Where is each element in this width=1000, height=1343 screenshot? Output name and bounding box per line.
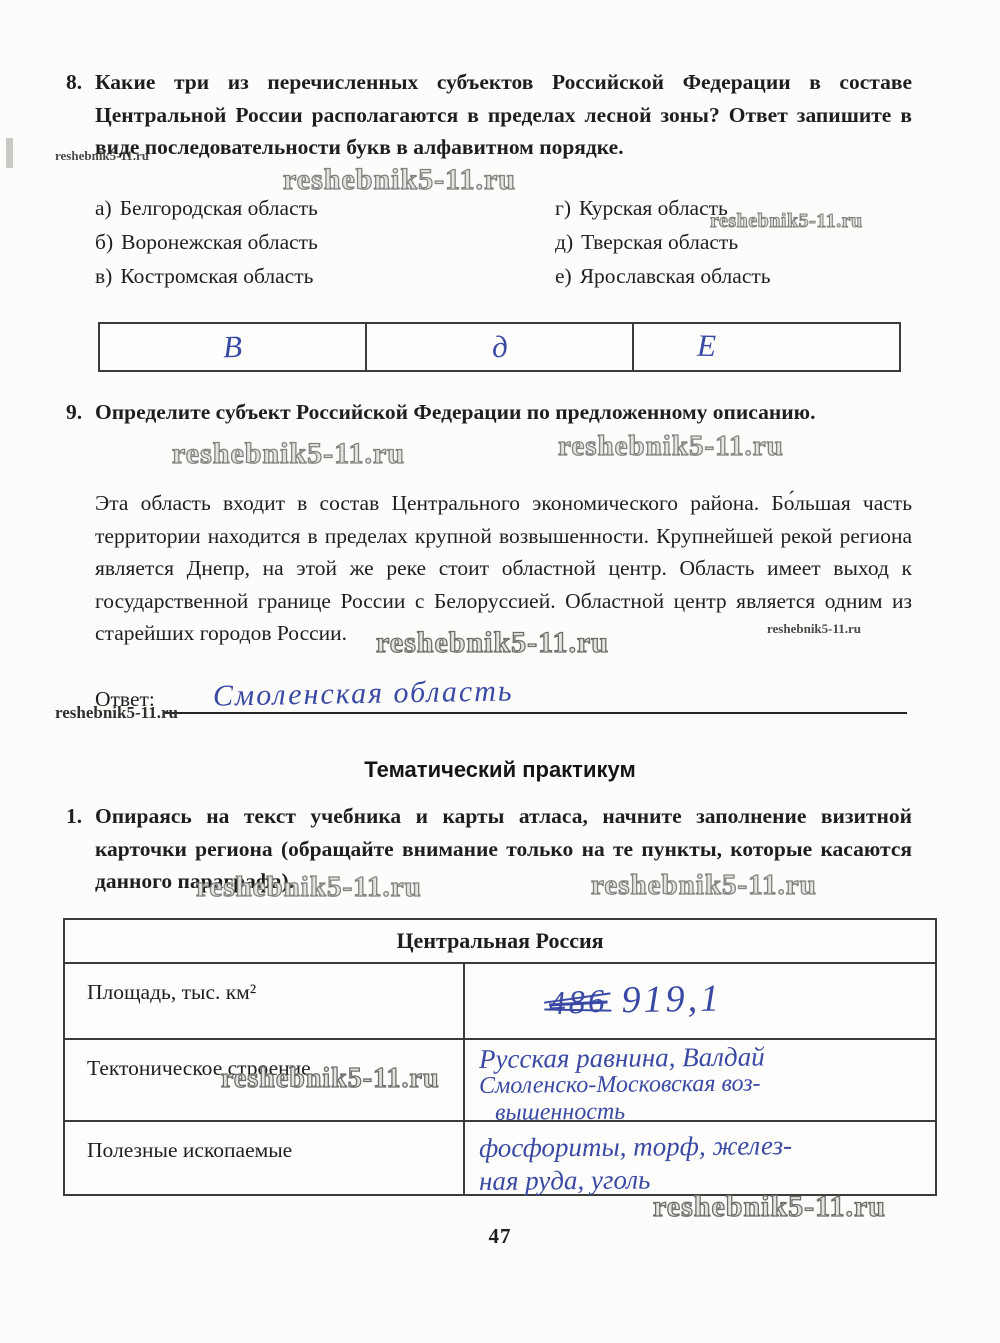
question-9-text: Определите субъект Российской Федерации …: [95, 396, 912, 429]
handwritten-area-value: 486919,1: [549, 976, 723, 1023]
answer-letters-table: В д Е: [98, 322, 901, 372]
option-d-text: Тверская область: [581, 230, 738, 254]
region-card-table: Центральная Россия Площадь, тыс. км² 486…: [63, 918, 937, 1196]
table-row-area: Площадь, тыс. км² 486919,1: [65, 964, 935, 1040]
watermark: reshebnik5-11.ru: [172, 437, 405, 471]
option-e: е)Ярославская область: [555, 265, 913, 288]
question-1-number: 1.: [66, 800, 95, 898]
option-d-label: д): [555, 230, 573, 254]
table-row-minerals: Полезные ископаемые фосфориты, торф, жел…: [65, 1122, 935, 1196]
watermark: reshebnik5-11.ru: [283, 163, 516, 197]
answer-cell-1: В: [100, 324, 367, 370]
page-number: 47: [0, 1224, 1000, 1249]
answer-cell-2: д: [367, 324, 634, 370]
answer-cell-3: Е: [634, 324, 899, 370]
option-g-label: г): [555, 196, 571, 220]
option-a: а)Белгородская область: [95, 197, 555, 220]
scan-artifact: [6, 138, 13, 168]
watermark: reshebnik5-11.ru: [653, 1190, 886, 1224]
tectonics-line-1: Русская равнина, Валдай: [479, 1042, 929, 1073]
area-value: 919,1: [621, 977, 722, 1021]
card-table-title: Центральная Россия: [65, 920, 935, 964]
handwritten-minerals: фосфориты, торф, желез- ная руда, уголь: [479, 1126, 929, 1196]
option-v-label: в): [95, 264, 112, 288]
handwritten-letter-1: В: [222, 329, 242, 366]
area-label: Площадь, тыс. км²: [65, 964, 465, 1038]
option-b-text: Воронежская область: [121, 230, 318, 254]
question-9: 9. Определите субъект Российской Федерац…: [66, 396, 912, 429]
question-9-number: 9.: [66, 396, 95, 429]
minerals-label: Полезные ископаемые: [65, 1122, 465, 1196]
option-v: в)Костромская область: [95, 265, 555, 288]
option-d: д)Тверская область: [555, 231, 913, 254]
workbook-page: 8. Какие три из перечисленных субъектов …: [0, 0, 1000, 1343]
handwritten-answer: Смоленская область: [213, 674, 514, 713]
option-g-text: Курская область: [579, 196, 728, 220]
section-title: Тематический практикум: [0, 757, 1000, 783]
tectonics-value-cell: Русская равнина, Валдай Смоленско-Москов…: [465, 1040, 935, 1120]
option-a-text: Белгородская область: [120, 196, 318, 220]
watermark: reshebnik5-11.ru: [55, 148, 149, 164]
area-value-cell: 486919,1: [465, 964, 935, 1038]
watermark: reshebnik5-11.ru: [710, 210, 863, 233]
table-row-tectonics: Тектоническое строение Русская равнина, …: [65, 1040, 935, 1122]
watermark: reshebnik5-11.ru: [221, 1063, 440, 1095]
watermark: reshebnik5-11.ru: [196, 871, 422, 904]
answer-row: Ответ: Смоленская область: [95, 664, 907, 714]
option-e-text: Ярославская область: [580, 264, 771, 288]
option-b-label: б): [95, 230, 113, 254]
handwritten-letter-3: Е: [697, 328, 717, 364]
option-v-text: Костромская область: [120, 264, 313, 288]
tectonics-line-2: Смоленско-Московская воз-: [479, 1069, 929, 1100]
answer-blank-line: Смоленская область: [163, 677, 907, 714]
minerals-value-cell: фосфориты, торф, желез- ная руда, уголь: [465, 1122, 935, 1196]
question-8-text: Какие три из перечисленных субъектов Рос…: [95, 66, 912, 164]
question-8: 8. Какие три из перечисленных субъектов …: [66, 66, 912, 164]
watermark: reshebnik5-11.ru: [55, 703, 178, 723]
option-a-label: а): [95, 196, 112, 220]
watermark: reshebnik5-11.ru: [767, 621, 861, 637]
option-b: б)Воронежская область: [95, 231, 555, 254]
handwritten-tectonics: Русская равнина, Валдай Смоленско-Москов…: [479, 1044, 929, 1125]
watermark: reshebnik5-11.ru: [376, 626, 609, 660]
option-e-label: е): [555, 264, 572, 288]
watermark: reshebnik5-11.ru: [558, 430, 784, 463]
minerals-line-1: фосфориты, торф, желез-: [479, 1128, 929, 1165]
watermark: reshebnik5-11.ru: [591, 869, 817, 902]
crossed-out-value: 486: [548, 983, 608, 1023]
handwritten-letter-2: д: [491, 329, 508, 366]
